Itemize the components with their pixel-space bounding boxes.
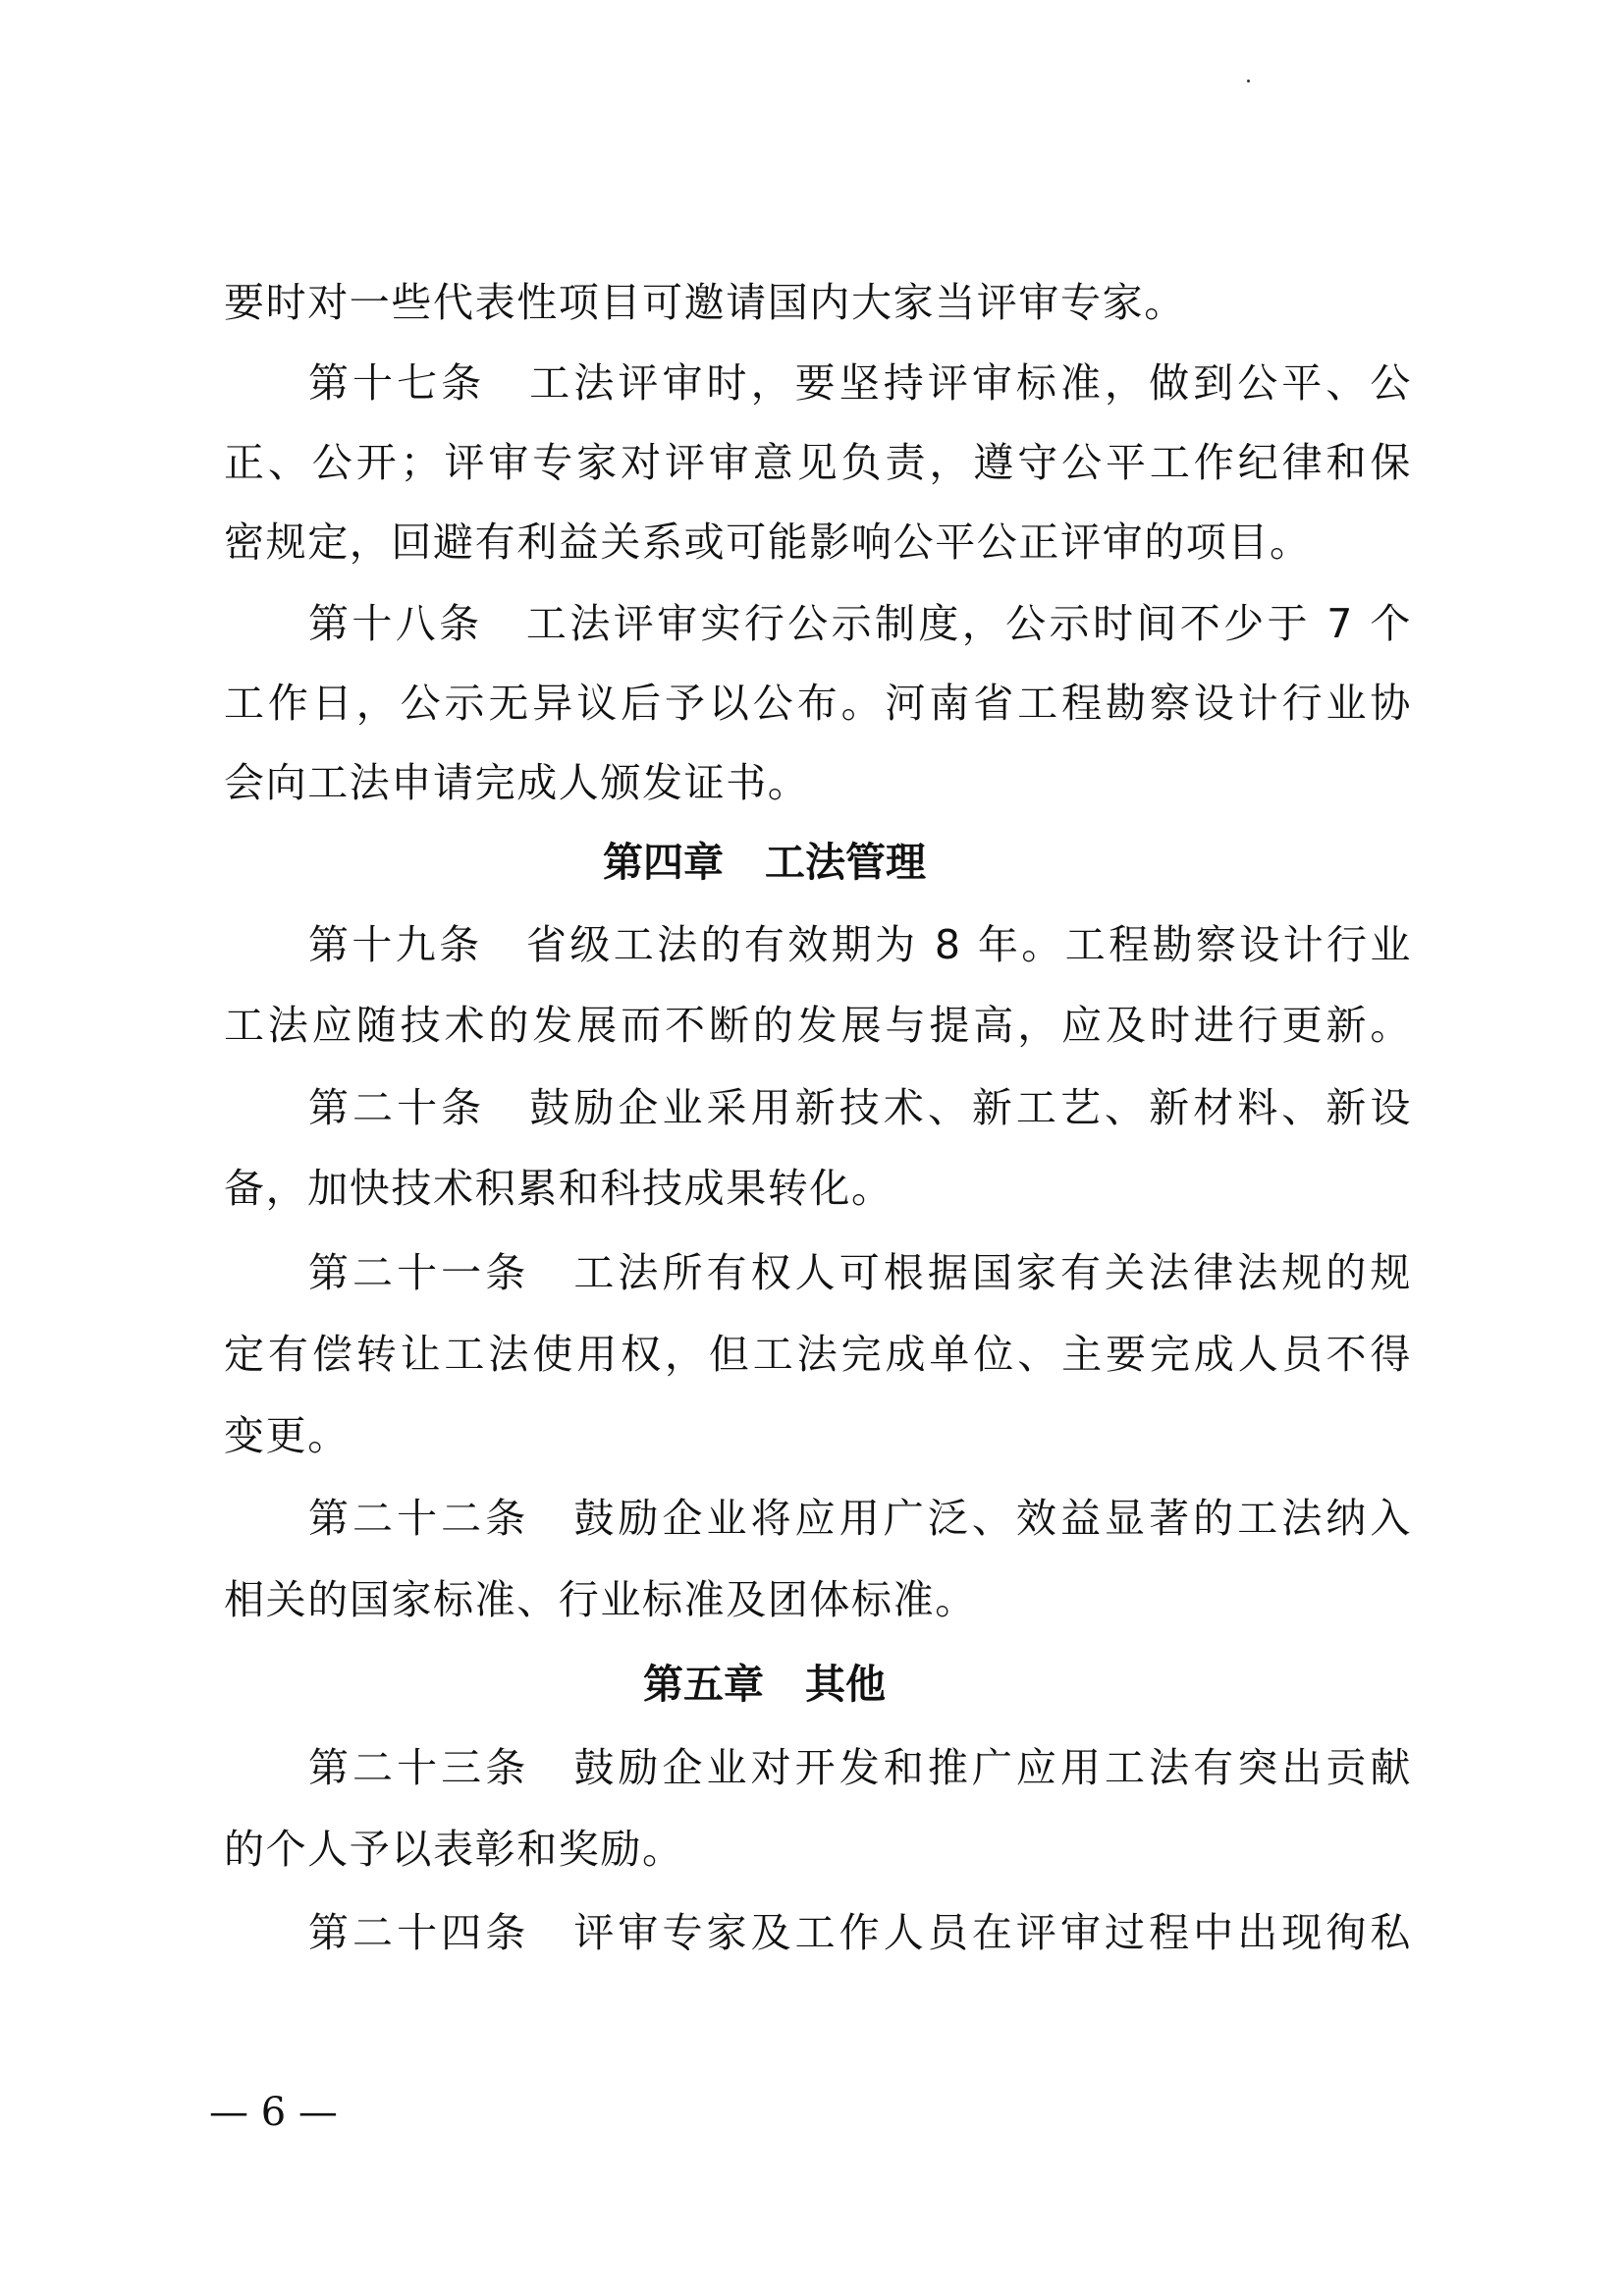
text-line: 工法应随技术的发展而不断的发展与提高，应及时进行更新。 [224,996,1412,1055]
text-line: 变更。 [224,1406,1412,1465]
text-line: 的个人予以表彰和奖励。 [224,1820,1412,1879]
article-21-line: 第二十一条 工法所有权人可根据国家有关法律法规的规 [308,1243,1412,1302]
chapter-label: 第五章 [643,1661,764,1708]
text-line: 密规定，回避有利益关系或可能影响公平公正评审的项目。 [224,513,1412,572]
article-20-line: 第二十条 鼓励企业采用新技术、新工艺、新材料、新设 [308,1078,1412,1137]
page-number: — 6 — [209,2088,338,2137]
chapter-5-heading: 第五章其他 [0,1655,1576,1714]
text-line: 备，加快技术积累和科技成果转化。 [224,1159,1412,1218]
text-line: 相关的国家标准、行业标准及团体标准。 [224,1570,1412,1629]
document-page: 要时对一些代表性项目可邀请国内大家当评审专家。 第十七条 工法评审时，要坚持评审… [0,0,1623,2296]
chapter-title: 其他 [805,1661,886,1708]
article-19-line: 第十九条 省级工法的有效期为 8 年。工程勘察设计行业 [308,915,1412,974]
text-line: 会向工法申请完成人颁发证书。 [224,753,1412,812]
text-line: 要时对一些代表性项目可邀请国内大家当评审专家。 [224,273,1412,332]
chapter-title: 工法管理 [765,839,926,886]
text-line: 定有偿转让工法使用权，但工法完成单位、主要完成人员不得 [224,1325,1412,1384]
chapter-label: 第四章 [603,839,724,886]
scan-speck [1247,80,1250,82]
text-line: 正、公开；评审专家对评审意见负责，遵守公平工作纪律和保 [224,433,1412,492]
article-23-line: 第二十三条 鼓励企业对开发和推广应用工法有突出贡献 [308,1738,1412,1797]
article-22-line: 第二十二条 鼓励企业将应用广泛、效益显著的工法纳入 [308,1489,1412,1548]
text-line: 工作日，公示无异议后予以公布。河南省工程勘察设计行业协 [224,674,1412,733]
chapter-4-heading: 第四章工法管理 [0,833,1576,892]
article-17-line: 第十七条 工法评审时，要坚持评审标准，做到公平、公 [308,354,1412,412]
article-24-line: 第二十四条 评审专家及工作人员在评审过程中出现徇私 [308,1903,1412,1962]
article-18-line: 第十八条 工法评审实行公示制度，公示时间不少于 7 个 [308,594,1412,653]
